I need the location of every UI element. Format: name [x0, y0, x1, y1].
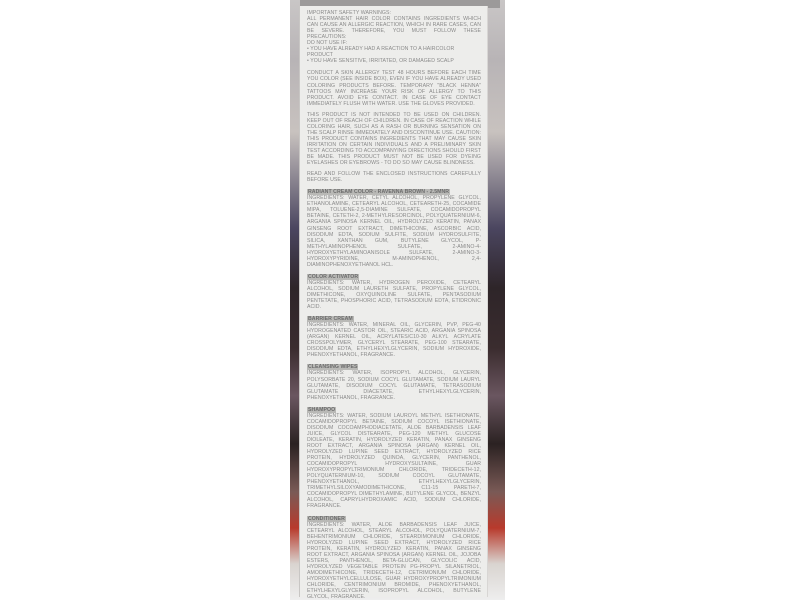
warning-bullets: • You have already had a reaction to a h…: [307, 46, 481, 64]
ingredients-list: Ingredients: Water, Isopropyl Alcohol, G…: [307, 370, 481, 400]
section-title: Shampoo: [307, 407, 336, 413]
warnings-intro: All permanent hair color contains ingred…: [307, 16, 481, 40]
ingredient-section: Radiant Cream Color - Ravenna Brown - 2.…: [307, 188, 481, 268]
warning-bullet: • You have sensitive, irritated, or dama…: [307, 58, 481, 64]
ingredients-list: Ingredients: Water, Hydrogen Peroxide, C…: [307, 280, 481, 310]
ingredients-list: Ingredients: Water, Mineral Oil, Glyceri…: [307, 322, 481, 358]
ingredient-section: Barrier Cream Ingredients: Water, Minera…: [307, 315, 481, 358]
section-title: Conditioner: [307, 516, 346, 522]
children-warning: This product is not intended to be used …: [307, 112, 481, 166]
ingredients-list: Ingredients: Water, Aloe Barbadensis Lea…: [307, 522, 481, 600]
warning-bullet: • You have already had a reaction to a h…: [307, 46, 481, 58]
ingredient-section: Conditioner Ingredients: Water, Aloe Bar…: [307, 515, 481, 600]
section-title: Color Activator: [307, 274, 359, 280]
safety-warnings: Important Safety Warnings: All permanent…: [307, 10, 481, 183]
read-instructions-note: Read and follow the enclosed instruction…: [307, 171, 481, 183]
product-box-side-panel: Important Safety Warnings: All permanent…: [300, 6, 487, 597]
ingredients-list: Ingredients: Water, Sodium Lauroyl Methy…: [307, 413, 481, 510]
skin-test-warning: Conduct a skin allergy test 48 hours bef…: [307, 70, 481, 106]
ingredient-section: Color Activator Ingredients: Water, Hydr…: [307, 273, 481, 310]
ingredients-list: Ingredients: Water, Cetyl Alcohol, Propy…: [307, 195, 481, 268]
ingredient-section: Shampoo Ingredients: Water, Sodium Lauro…: [307, 406, 481, 510]
ingredient-section: Cleansing Wipes Ingredients: Water, Isop…: [307, 363, 481, 400]
